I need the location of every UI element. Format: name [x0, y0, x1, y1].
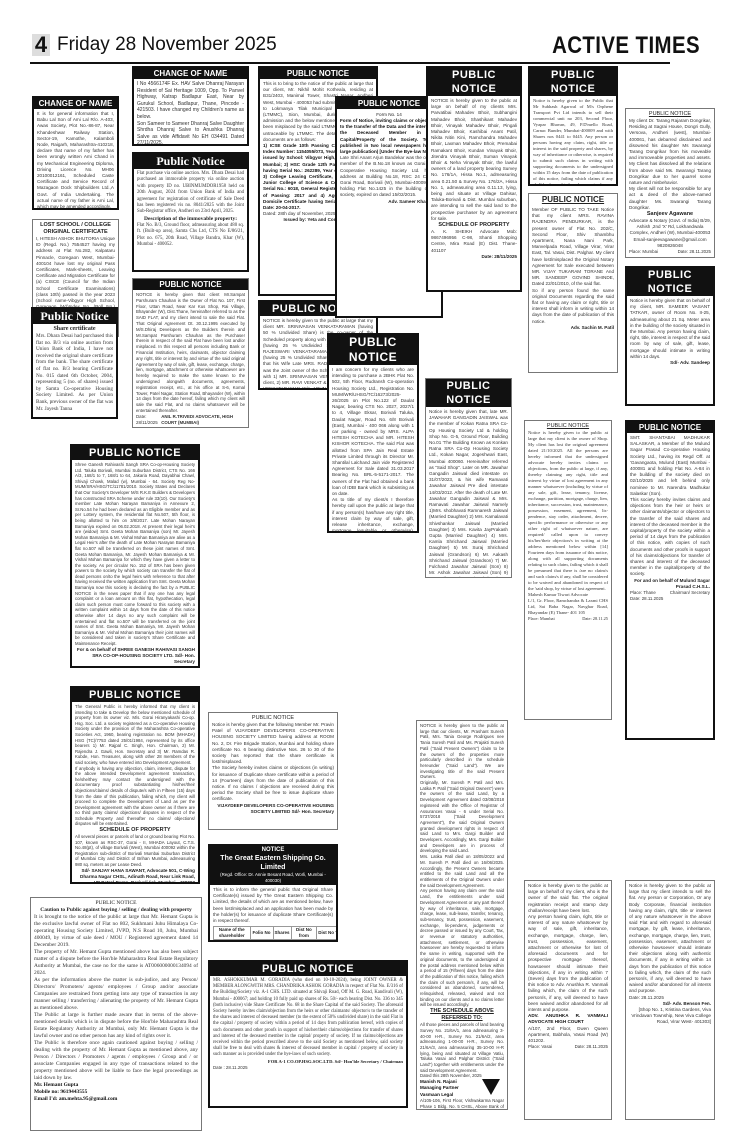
column-header: Folio No — [250, 927, 273, 940]
notice-vasai-land: NOTICE is hereby given to the public at … — [416, 720, 508, 1110]
notice-date: Date : 28.11.2025 — [213, 1065, 248, 1071]
notice-heading: Public Notice — [134, 154, 247, 169]
notice-place: Place: Vasai — [528, 1044, 552, 1050]
notice-body-2: So if any person found the same original… — [532, 288, 614, 325]
notice-date: Date: 28.11.2025 — [630, 596, 663, 602]
notice-land-bhoir: PUBLIC NOTICE NOTICE is hereby given to … — [426, 66, 522, 292]
notice-heading: PUBLIC NOTICE — [212, 715, 334, 722]
notice-body: I No 4566174F Ex. HAV Salve Dhanraj Nara… — [137, 81, 244, 121]
notice-date: Date: 28.11.2025 — [678, 249, 711, 255]
notice-body-2: This society hereby invites claims and o… — [630, 497, 710, 578]
notice-place: Place: Mumbai — [629, 249, 658, 255]
company-name: The Great Eastern Shipping Co. Limited — [212, 854, 334, 872]
notice-body-2: Originally, Mr. Suresh P. Patil and Mrs.… — [420, 780, 504, 854]
notice-date: Date: 28/11/2025 — [136, 414, 161, 426]
notice-signature: For & on behalf of SHREE GANESH RAHIVASI… — [75, 647, 195, 665]
notice-signature-details: Advocate & Notary (Govt. of India) B/29,… — [629, 218, 711, 249]
notice-form-no: Form No. 14 — [340, 111, 438, 118]
notice-contact-mobile: Mobile no: 9619443555 — [34, 1089, 198, 1096]
notice-hemant-gupta: PUBLIC NOTICE Caution to Public against … — [30, 897, 202, 1131]
notice-schedule: All several pieces or parcels of land or… — [75, 834, 195, 868]
vasmaan-logo-icon — [482, 1079, 500, 1095]
notice-jaiswal: PUBLIC NOTICE Notice is hereby given tha… — [425, 378, 512, 578]
notice-footer: Date: 28/11/2025 ANIL R.TRIVEDI ADVOCATE… — [136, 414, 245, 426]
notice-signature: Sd/- SANJAY HANA SAWANT, Advocate 501, C… — [75, 868, 195, 884]
notice-body-2: The property of Mr. Hemant Gupta mention… — [34, 949, 198, 977]
notice-sra-bamaniya: PUBLIC NOTICE Shree Ganesh Rahivashi San… — [70, 444, 200, 668]
notice-body-2: Late Shri Anant Arjun Bandekar was the o… — [340, 155, 438, 198]
table-row: PARMESHWARI DEVI 03189145 1152 152153602… — [214, 940, 339, 942]
notice-header-block: NOTICE The Great Eastern Shipping Co. Li… — [210, 846, 336, 885]
notice-heading: PUBLIC NOTICE — [72, 446, 198, 460]
notice-date: Date: 28.11.25 — [582, 616, 608, 622]
notice-body-5: The Public is therefore once again cauti… — [34, 1040, 198, 1082]
notice-heading: PUBLIC NOTICE — [329, 335, 417, 365]
notice-goradia: PUBLIC NOTICE MR. ASHOKKUMAR M. GORADIA … — [208, 960, 408, 1108]
notice-signature: Sd/- Adv. Sandeep — [630, 360, 710, 366]
newspaper-title: ACTIVE TIMES — [552, 32, 700, 60]
notice-heading: CHANGE OF NAME — [134, 68, 247, 79]
notice-body-2: Any person having claim, right, title or… — [528, 914, 608, 1013]
notice-heading: PUBLIC NOTICE — [133, 279, 248, 290]
notice-heading: PUBLIC NOTICE — [530, 68, 616, 96]
notice-body-2: My client will not be responsible for an… — [629, 186, 711, 211]
notice-signature: ADV. ANUSHKA R. VANMALI ADVOCATE HIGH CO… — [528, 1013, 608, 1025]
notice-heading: PUBLIC NOTICE — [529, 194, 617, 205]
table-header-row: Name of the shareholder Folio No Shares … — [214, 927, 339, 940]
notice-body: Notice is hereby given to the public at … — [528, 883, 608, 914]
notice-share-certificate: Public Notice Share certificate Mrs. Dha… — [31, 307, 118, 419]
notice-body: My client Dr. Tarang Rajaram Dongrikar, … — [629, 118, 711, 186]
notice-gorai-development: PUBLIC NOTICE The General Public is here… — [70, 686, 200, 884]
notice-heading: PUBLIC NOTICE — [210, 962, 406, 976]
notice-signature: Adv. Sameer Kharmale — [340, 199, 438, 205]
notice-heading: CHANGE OF NAME — [34, 98, 117, 109]
notice-body: This is to inform the general public tha… — [213, 887, 333, 924]
notice-body: Notice is hereby given to the public at … — [528, 430, 608, 592]
notice-chauhan: PUBLIC NOTICE NOTICE is hereby given tha… — [132, 278, 249, 428]
table-cell: PARMESHWARI DEVI — [214, 940, 251, 942]
notice-place: Place: Mumbai — [528, 616, 555, 622]
notice-footer: Place: Vasai Date: 28.11.2025 — [528, 1044, 608, 1050]
table-cell: 03189145 — [250, 940, 273, 942]
notice-disowned: PUBLIC NOTICE My client Dr. Tarang Rajar… — [625, 108, 715, 258]
notice-body: Form of Notice, inviting claims or objec… — [340, 118, 438, 155]
notice-body-2: The Society hereby invites claims or obj… — [212, 765, 334, 802]
notice-vanmali: Notice is hereby given to the public at … — [524, 880, 612, 1120]
page-number: 4 — [32, 34, 50, 56]
notice-heading: PUBLIC NOTICE — [629, 111, 711, 118]
column-header: Dist No To — [317, 927, 338, 940]
notice-change-of-name-2: CHANGE OF NAME I No 4566174F Ex. HAV Sal… — [132, 66, 249, 146]
notice-subheading: Share certificate — [36, 326, 113, 333]
notice-address: A/107, 2nd Floor, Gwen Queen Apartment, … — [528, 1026, 608, 1045]
notice-heading: PUBLIC NOTICE — [627, 268, 713, 296]
masthead: 4 Friday 28 November 2025 ACTIVE TIMES — [30, 34, 730, 64]
notice-heading: PUBLIC NOTICE — [428, 68, 520, 96]
issue-date: Friday 28 November 2025 — [57, 34, 277, 56]
notice-flat-online-auction: Public Notice Flat purchase via online a… — [132, 152, 249, 272]
notice-body-3: As per the information above the matter … — [34, 977, 198, 1012]
notice-subheading: Description of the immovable property: — [137, 216, 244, 223]
notice-body-4: Any person having any claim over the sai… — [420, 888, 504, 1008]
notice-heading: PUBLIC NOTICE — [528, 423, 608, 430]
notice-signature: VIJAYDEEP DEVELOPERS CO-OPERATIVE HOUSIN… — [212, 803, 334, 815]
notice-signature: A. K. SHEIKH Advocate Mob: 9867496956 C-… — [431, 229, 517, 254]
notice-body: NOTICE is hereby given to the public at … — [431, 98, 517, 222]
table-cell: 1152 — [273, 940, 291, 942]
column-header: Dist No from — [291, 927, 317, 940]
notice-heading: PUBLIC NOTICE — [34, 900, 198, 907]
notice-heading: PUBLIC NOTICE — [627, 422, 713, 433]
notice-body-2: Flat No. B/3, Ground floor, admeasuring … — [137, 223, 244, 249]
notice-date: Date: 28/11/2025 — [431, 254, 517, 260]
column-header: Shares — [273, 927, 291, 940]
notice-subheading: Caution to Public against buying / selli… — [34, 907, 198, 914]
notice-signature: Manish N. Rajani Managing Partner Vasmaa… — [420, 1079, 475, 1098]
notice-body: It is brought to the notice of the publi… — [34, 914, 198, 949]
notice-body-3: Mrs. Latika Patil died on 18/05/2022 and… — [420, 854, 504, 888]
notice-heading: NOTICE — [212, 847, 334, 854]
notice-body-2: As to title of my client/s I therefore h… — [332, 497, 414, 533]
table-cell: 152154753 — [317, 940, 338, 942]
notice-body: Member OF PUBLIC TO TAKE Notice that my … — [532, 207, 614, 288]
notice-body: NOTICE is hereby given that client Mr.Sa… — [136, 292, 245, 414]
notice-body: Mrs. Dhara Desai had purchased this flat… — [36, 333, 113, 412]
notice-footer: Place: Mumbai Date: 28.11.2025 — [629, 249, 711, 255]
notice-salaskar: PUBLIC NOTICE SMT. SHANTABAI MADHUKAR SA… — [625, 420, 715, 740]
notice-change-of-name-1: CHANGE OF NAME It is for general informa… — [32, 96, 119, 210]
notice-body: I am concern for my clients who are inte… — [332, 367, 414, 497]
notice-kotecha: PUBLIC NOTICE I am concern for my client… — [327, 333, 419, 533]
notice-body: MR. ASHOKKUMAR M. GORADIA (who died on 1… — [213, 978, 403, 1059]
notice-schedule: All those pieces and parcels of land bea… — [420, 1022, 504, 1073]
notice-lost-shop: PUBLIC NOTICE Notice is hereby given to … — [524, 420, 612, 720]
notice-fen: Notice is hereby given to the public at … — [625, 880, 715, 1120]
notice-body-4: The Public at large is further made awar… — [34, 1012, 198, 1040]
notice-heading: PUBLIC NOTICE — [260, 68, 376, 79]
notice-signature: Sanjeev Agawane — [629, 211, 711, 218]
notice-body: Notice is hereby given to the public at … — [629, 883, 711, 995]
notice-body: Notice is hereby given that, late MR. JA… — [429, 409, 508, 578]
notice-address: [Shop No. 1, Kristina Gardens, Viva Vrin… — [629, 1007, 711, 1026]
notice-date: Date: 28.11.2025 — [575, 1044, 608, 1050]
notice-vijaydeep: PUBLIC NOTICE Notice is hereby given tha… — [208, 712, 338, 830]
signature-block: Manish N. Rajani Managing Partner Vasmaa… — [420, 1079, 504, 1098]
notice-schedule-heading: THE SCHEDULE ABOVE REFERRED TO: — [420, 1008, 504, 1022]
notice-role: Chairman/ Secretary — [670, 590, 710, 596]
notice-body: Notice is hereby given that on behalf of… — [630, 298, 710, 360]
notice-footer: Date : 28.11.2025 — [213, 1065, 403, 1071]
notice-body: Flat purchase via online auction. Mrs. D… — [137, 171, 244, 216]
notice-body: Notice is hereby given that the followin… — [212, 722, 334, 765]
notice-schedule-heading: SCHEDULE OF PROPERTY — [431, 222, 517, 229]
notice-heading: PUBLIC NOTICE — [72, 688, 198, 702]
company-office: (Regd. Office: Dr. Annie Besant Road, Wo… — [212, 872, 334, 884]
notice-contact-email: Email I'd: am.mehta.95@gmail.com — [34, 1096, 198, 1103]
notice-schedule-heading: SCHEDULE OF PROPERTY — [75, 827, 195, 834]
column-header: Name of the shareholder — [214, 927, 251, 940]
notice-body-2: If anybody is having any objection, clai… — [75, 766, 195, 828]
notice-body: It is for general information that I, Ba… — [37, 111, 114, 210]
notice-signature: For and on behalf of Mulund Sagar Prasad… — [630, 578, 710, 590]
notice-body: Notice is hereby given to the Public tha… — [533, 98, 613, 186]
notice-great-eastern: NOTICE The Great Eastern Shipping Co. Li… — [208, 844, 338, 942]
notice-footer: Place: Mumbai Date: 28.11.25 — [528, 616, 608, 622]
notice-heading: Public Notice — [33, 309, 116, 324]
notice-shipping-shares-sale: PUBLIC NOTICE Notice is hereby given to … — [528, 66, 618, 186]
notice-address: L/1, Gr. Floor, Ramchandra & Laxmi CHS L… — [528, 598, 608, 616]
notice-body: The General Public is hereby informed th… — [75, 704, 195, 766]
table-cell: 152153602 — [291, 940, 317, 942]
notice-address: A/105-106, First Floor, Vishwakarma Naga… — [420, 1098, 504, 1110]
notice-signature: ANIL R.TRIVEDI ADVOCATE, HIGH COURT (MUM… — [161, 414, 245, 426]
notice-body: SMT. SHANTABAI MADHUKAR SALASKAR, a Memb… — [630, 435, 710, 497]
notice-body: NOTICE is hereby given to the public at … — [420, 723, 504, 780]
notice-body: Shree Ganesh Rahivashi Sangh SRA Co-op-H… — [75, 462, 195, 647]
share-details-table: Name of the shareholder Folio No Shares … — [213, 926, 338, 942]
notice-pendurkar: PUBLIC NOTICE Member OF PUBLIC TO TAKE N… — [528, 193, 618, 373]
notice-tatkar: PUBLIC NOTICE Notice is hereby given tha… — [625, 266, 715, 406]
notice-footer-2: Date: 28.11.2025 — [630, 596, 710, 602]
notice-body-2: Son Sameer to Sameer Dhanraj Salve Daugh… — [137, 121, 244, 146]
notice-heading: LOST SCHOOL / COLLEGE ORIGINAL CERTIFICA… — [36, 222, 115, 236]
notice-signature: Adv. Sachin M. Patil — [532, 325, 614, 331]
masthead-rule — [30, 62, 670, 64]
notice-contact-name: Mr. Hemant Gupta — [34, 1082, 198, 1089]
notice-heading: PUBLIC NOTICE — [426, 379, 511, 407]
